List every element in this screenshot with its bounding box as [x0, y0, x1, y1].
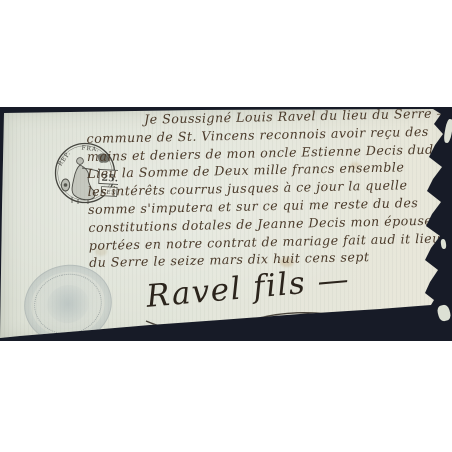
stamp-arc-text-rep: REP. — [57, 150, 72, 168]
handwritten-text: Je Soussigné Louis Ravel du lieu du Serr… — [86, 104, 449, 272]
torn-paper-fragment — [440, 239, 446, 250]
document-paper: REP. FRA. 25. CEN — [0, 107, 452, 341]
scanned-document-photo: REP. FRA. 25. CEN — [0, 0, 452, 452]
torn-paper-fragment — [436, 304, 452, 323]
photo-backdrop: REP. FRA. 25. CEN — [0, 107, 452, 341]
torn-paper-fragment — [443, 119, 452, 144]
